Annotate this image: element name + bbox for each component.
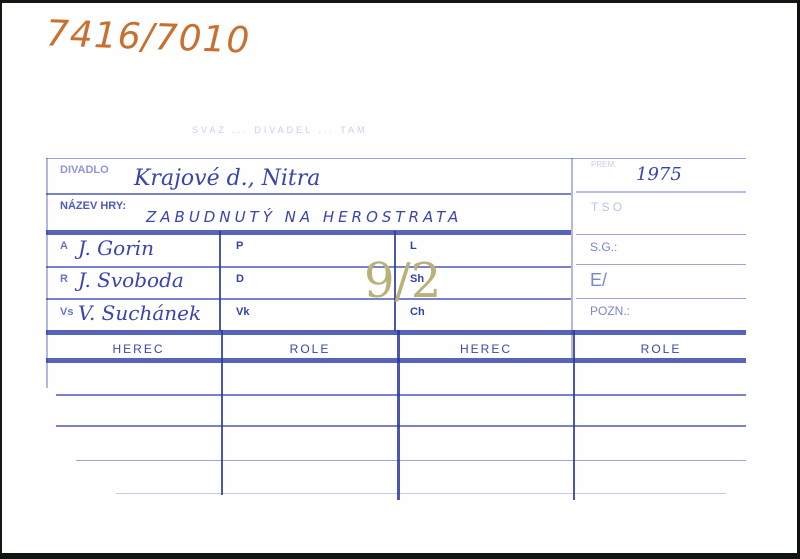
archive-number: 7416/7010: [45, 13, 251, 61]
rule-table-col-3: [573, 330, 575, 500]
rule-header-top: [46, 330, 746, 335]
e-label: E/: [590, 270, 607, 291]
label-l: L: [410, 240, 417, 252]
rule-table-col-1: [221, 330, 223, 495]
director-label: R: [60, 273, 68, 285]
pencil-note: 9/2: [364, 253, 441, 309]
header-actor-2: HEREC: [400, 342, 572, 356]
rule-top: [46, 158, 746, 159]
scan-edge-bottom: [0, 553, 800, 559]
rule-theatre: [46, 193, 571, 195]
header-role-2: ROLE: [576, 342, 746, 356]
rule-row-2: [46, 298, 571, 300]
rule-right-2: [576, 264, 746, 265]
label-vk: Vk: [236, 306, 249, 318]
title-value: ZABUDNUTÝ NA HEROSTRATA: [146, 208, 462, 226]
rule-col-right: [571, 158, 573, 358]
faint-label: T S O: [591, 200, 622, 214]
faint-stamp-header: SVAZ ... DIVADEL ... TAM: [192, 125, 368, 135]
title-label: NÁZEV HRY:: [60, 200, 126, 212]
theatre-record-form: DIVADLO Krajové d., Nitra NÁZEV HRY: ZAB…: [46, 158, 746, 498]
rule-year: [576, 191, 746, 193]
archive-card-scan: 7416/7010 SVAZ ... DIVADEL ... TAM DIVAD…: [2, 3, 797, 553]
author-value: J. Gorin: [78, 236, 154, 260]
rule-table-3: [76, 460, 746, 461]
sg-label: S.G.:: [590, 240, 617, 254]
label-d: D: [236, 273, 244, 285]
premiere-label: PREM.: [591, 160, 616, 169]
rule-header-bottom: [46, 358, 746, 363]
director-value: J. Svoboda: [78, 268, 184, 292]
designer-label: Vs: [60, 306, 73, 318]
rule-col-1-top: [219, 231, 221, 331]
rule-right-3: [576, 298, 746, 299]
rule-title: [46, 230, 571, 235]
rule-left: [46, 158, 48, 388]
rule-table-1: [56, 394, 746, 396]
author-label: A: [60, 240, 68, 252]
theatre-label: DIVADLO: [60, 164, 109, 176]
label-p: P: [236, 240, 243, 252]
rule-table-2: [56, 425, 746, 427]
header-actor-1: HEREC: [56, 342, 221, 356]
theatre-value: Krajové d., Nitra: [134, 166, 320, 191]
rule-table-4: [116, 493, 726, 494]
year-value: 1975: [636, 164, 682, 185]
designer-value: V. Suchánek: [78, 301, 201, 325]
note-label: POZN.:: [590, 304, 630, 318]
rule-right-1: [576, 234, 746, 235]
header-role-1: ROLE: [224, 342, 396, 356]
